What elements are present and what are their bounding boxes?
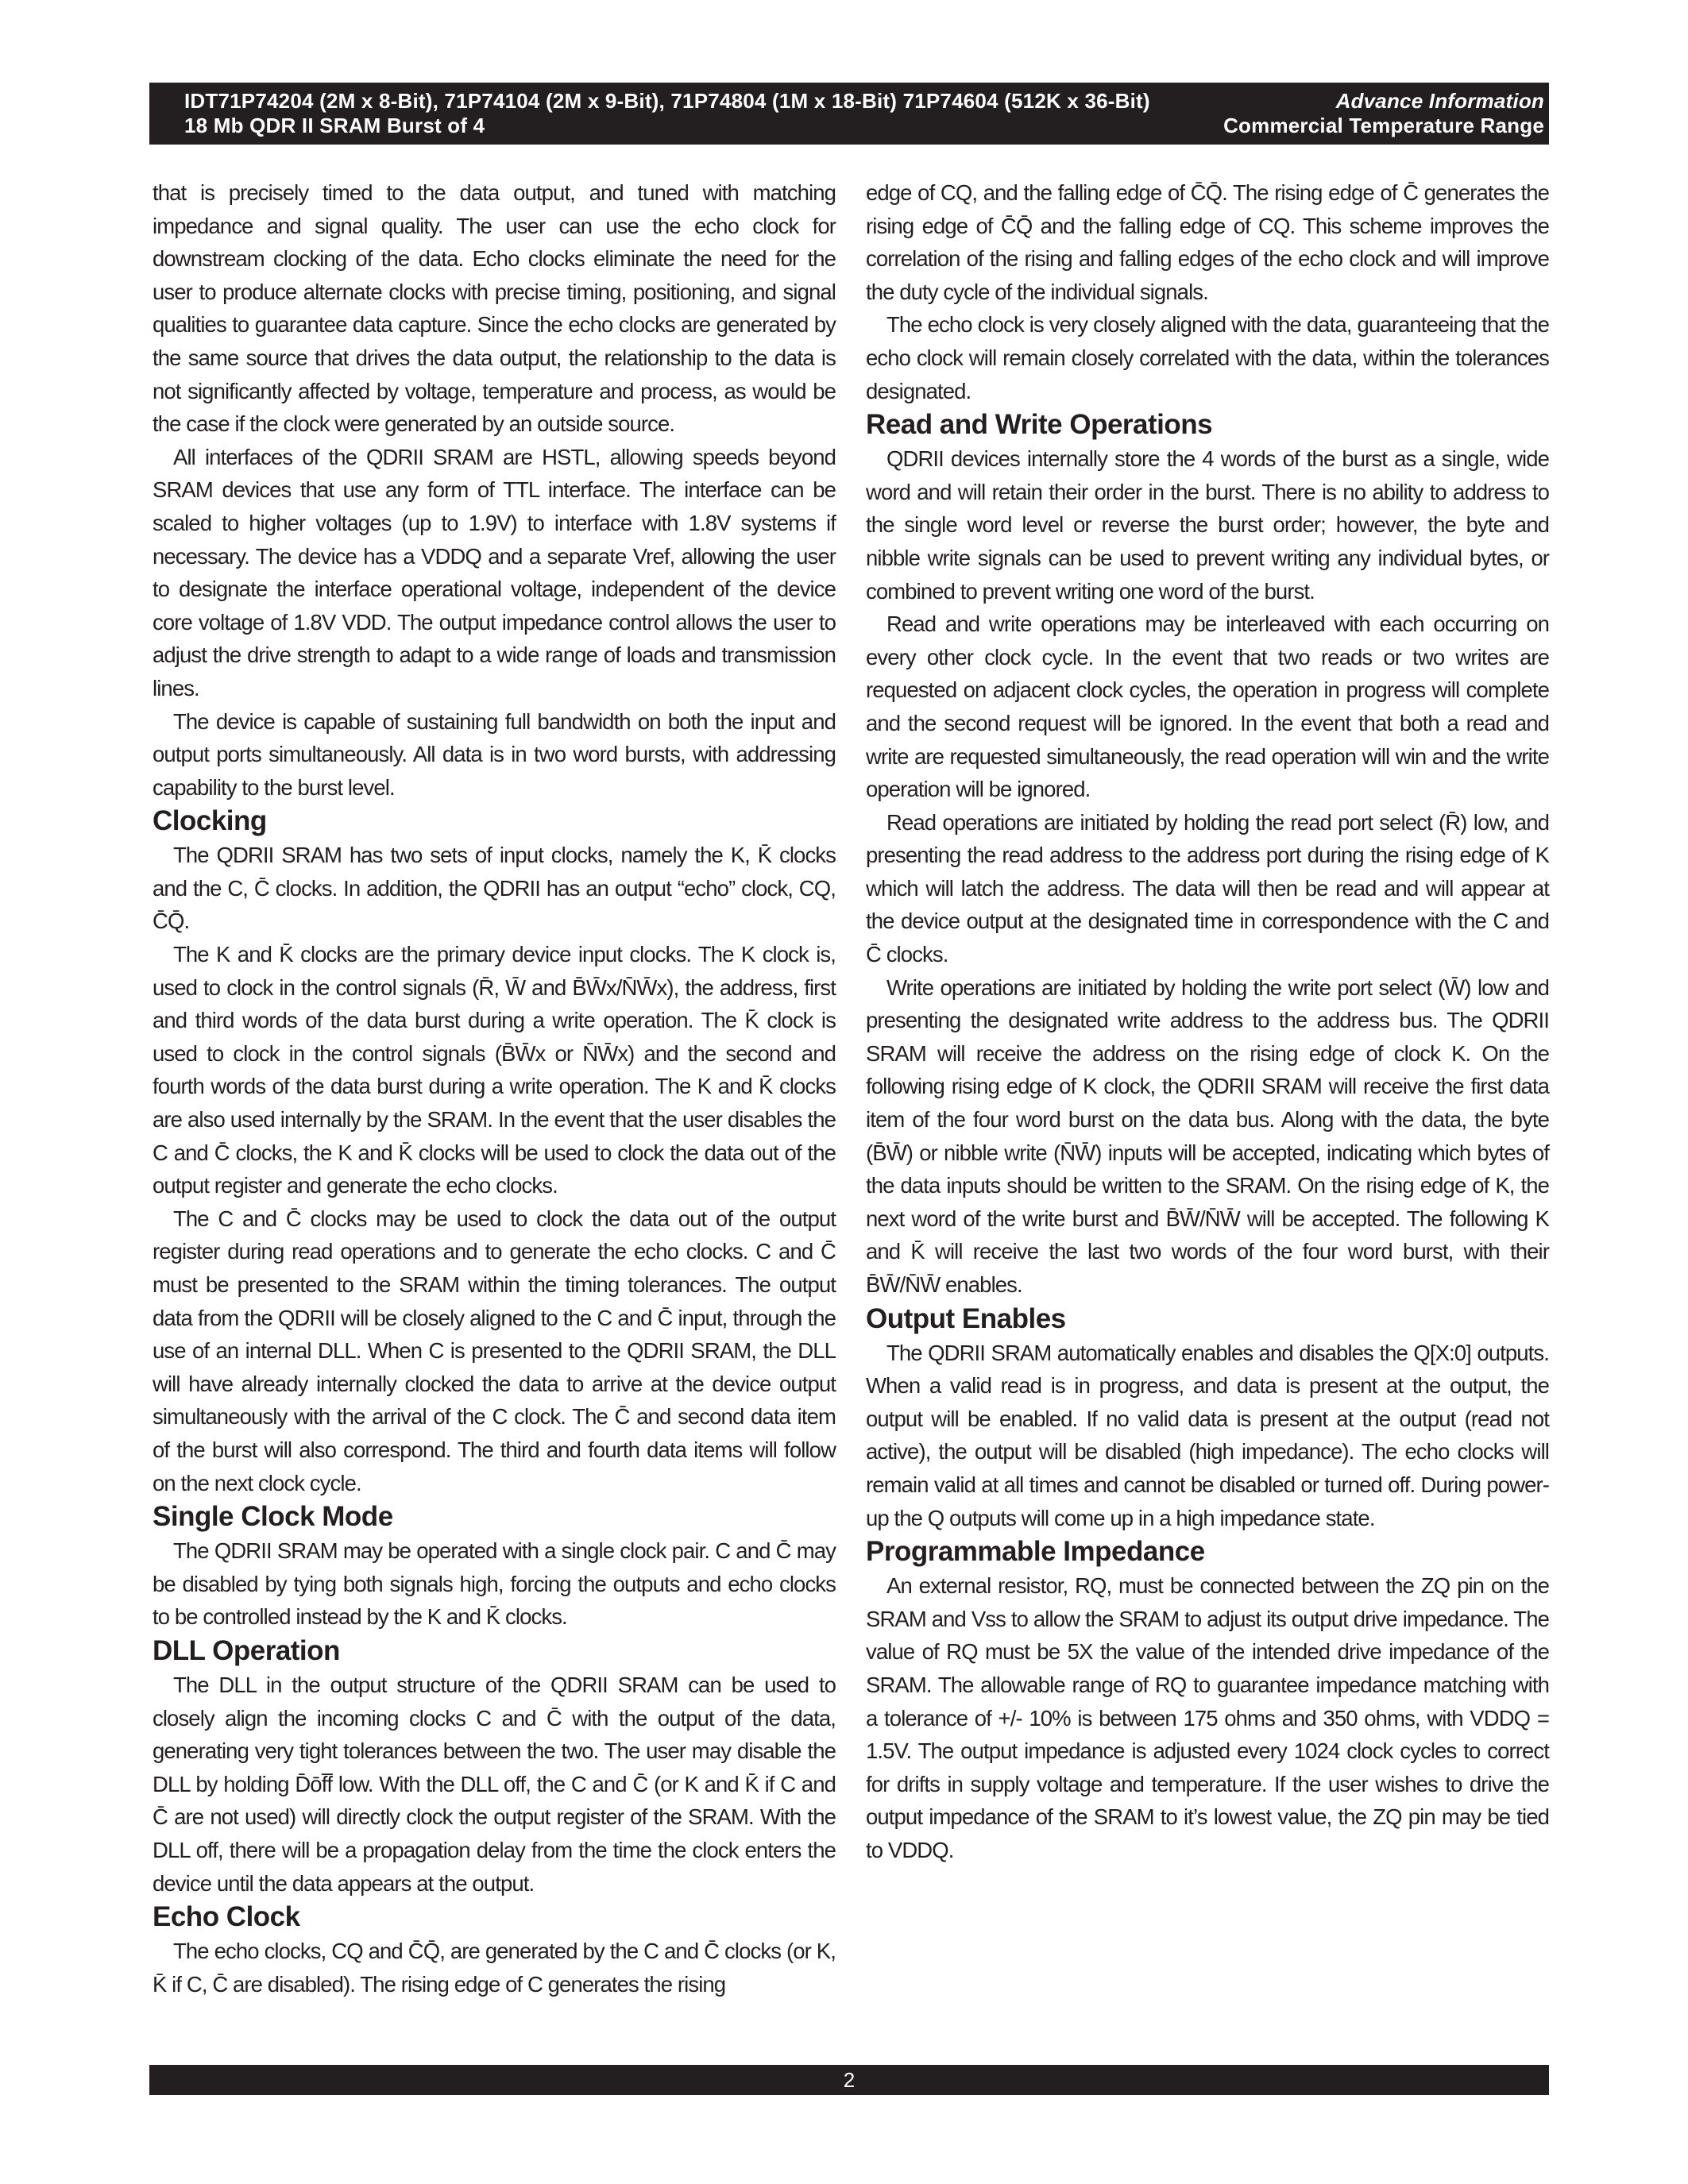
paragraph: Read operations are initiated by holding… (866, 806, 1549, 971)
heading-dll-operation: DLL Operation (153, 1634, 836, 1669)
heading-single-clock-mode: Single Clock Mode (153, 1499, 836, 1534)
temperature-range: Commercial Temperature Range (1223, 114, 1544, 138)
paragraph: that is precisely timed to the data outp… (153, 176, 836, 441)
paragraph: The QDRII SRAM may be operated with a si… (153, 1534, 836, 1634)
paragraph: The QDRII SRAM automatically enables and… (866, 1337, 1549, 1535)
paragraph: The echo clock is very closely aligned w… (866, 308, 1549, 407)
right-column: edge of CQ, and the falling edge of C̄Q̄… (866, 176, 1549, 1867)
heading-read-write-operations: Read and Write Operations (866, 407, 1549, 442)
paragraph: An external resistor, RQ, must be connec… (866, 1569, 1549, 1866)
paragraph: The device is capable of sustaining full… (153, 705, 836, 805)
left-column: that is precisely timed to the data outp… (153, 176, 836, 2001)
page-footer: 2 (149, 2065, 1549, 2095)
heading-output-enables: Output Enables (866, 1302, 1549, 1337)
heading-programmable-impedance: Programmable Impedance (866, 1534, 1549, 1569)
paragraph: edge of CQ, and the falling edge of C̄Q̄… (866, 176, 1549, 308)
heading-echo-clock: Echo Clock (153, 1900, 836, 1935)
paragraph: All interfaces of the QDRII SRAM are HST… (153, 441, 836, 705)
page-header: IDT71P74204 (2M x 8-Bit), 71P74104 (2M x… (149, 83, 1549, 145)
paragraph: The K and K̄ clocks are the primary devi… (153, 938, 836, 1202)
paragraph: The C and C̄ clocks may be used to clock… (153, 1202, 836, 1499)
heading-clocking: Clocking (153, 804, 836, 839)
paragraph: The QDRII SRAM has two sets of input clo… (153, 839, 836, 938)
paragraph: The DLL in the output structure of the Q… (153, 1669, 836, 1900)
paragraph: Write operations are initiated by holdin… (866, 971, 1549, 1302)
page-number: 2 (844, 2068, 855, 2092)
paragraph: QDRII devices internally store the 4 wor… (866, 442, 1549, 608)
document-subtitle: 18 Mb QDR II SRAM Burst of 4 (184, 114, 485, 138)
paragraph: The echo clocks, CQ and C̄Q̄, are genera… (153, 1935, 836, 2001)
document-title: IDT71P74204 (2M x 8-Bit), 71P74104 (2M x… (184, 89, 1150, 114)
paragraph: Read and write operations may be interle… (866, 608, 1549, 806)
document-status: Advance Information (1336, 89, 1544, 114)
